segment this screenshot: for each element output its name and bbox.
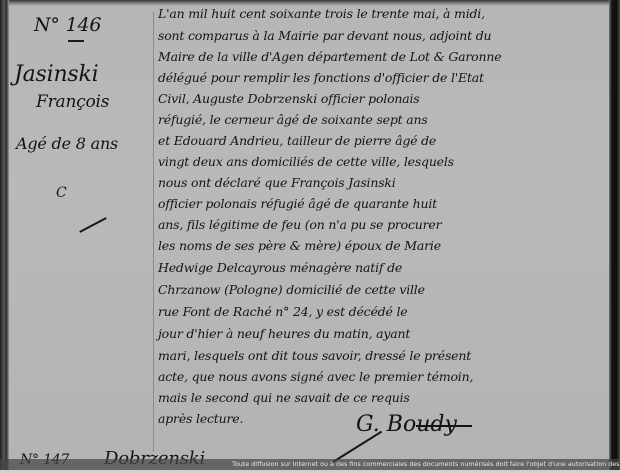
- body-line: vingt deux ans domiciliés de cette ville…: [158, 156, 454, 169]
- copyright-watermark-text: Toute diffusion sur Internet ou à des fi…: [232, 459, 620, 470]
- register-page-scan: N° 146 Jasinski François Agé de 8 ans C …: [0, 0, 620, 473]
- signature-underline: [416, 425, 472, 427]
- margin-age-note: Agé de 8 ans: [16, 134, 118, 153]
- body-line: Hedwige Delcayrous ménagère natif de: [158, 262, 402, 275]
- body-line: et Edouard Andrieu, tailleur de pierre â…: [158, 135, 436, 148]
- margin-surname: Jasinski: [14, 62, 99, 87]
- body-line: nous ont déclaré que François Jasinski: [158, 177, 396, 190]
- entry-number: N° 146: [34, 14, 101, 36]
- body-line: Civil, Auguste Dobrzenski officier polon…: [158, 93, 420, 106]
- body-line: Chrzanow (Pologne) domicilié de cette vi…: [158, 284, 425, 297]
- margin-mark: C: [56, 185, 67, 201]
- body-line: réfugié, le cerneur âgé de soixante sept…: [158, 114, 428, 127]
- body-line: mais le second qui ne savait de ce requi…: [158, 392, 410, 405]
- body-line: acte, que nous avons signé avec le premi…: [158, 371, 473, 384]
- body-line: délégué pour remplir les fonctions d'off…: [158, 72, 484, 85]
- margin-rule-line: [153, 12, 154, 452]
- body-line: rue Font de Raché n° 24, y est décédé le: [158, 306, 407, 319]
- page-left-binding-edge: [0, 0, 9, 473]
- body-line: les noms de ses père & mère) époux de Ma…: [158, 240, 441, 253]
- body-line: L'an mil huit cent soixante trois le tre…: [158, 8, 485, 21]
- body-line: après lecture.: [158, 413, 243, 426]
- page-right-edge: [609, 0, 620, 473]
- margin-slash-stroke: [79, 217, 106, 233]
- margin-forename: François: [36, 92, 109, 112]
- body-line: Maire de la ville d'Agen département de …: [158, 51, 501, 64]
- entry-number-underline: [68, 40, 84, 42]
- body-line: jour d'hier à neuf heures du matin, ayan…: [158, 328, 410, 341]
- body-line: ans, fils légitime de feu (on n'a pu se …: [158, 219, 441, 232]
- body-line: officier polonais réfugié âgé de quarant…: [158, 198, 437, 211]
- body-line: sont comparus à la Mairie par devant nou…: [158, 30, 491, 43]
- body-line: mari, lesquels ont dit tous savoir, dres…: [158, 350, 471, 363]
